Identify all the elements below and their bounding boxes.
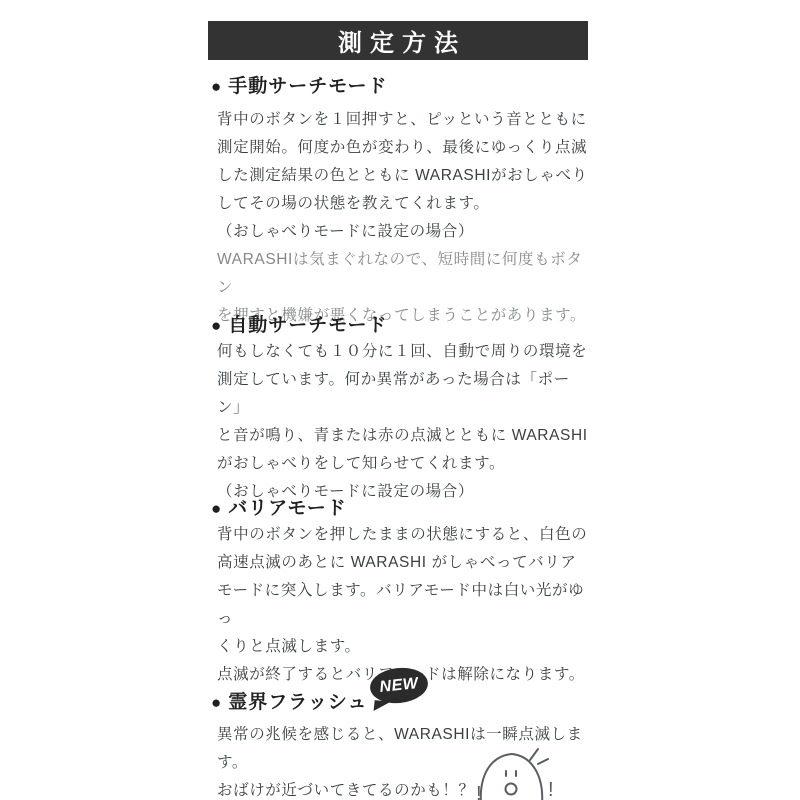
instruction-page: 測定方法 ● 手動サーチモード 背中のボタンを１回押すと、ピッという音とともに …	[0, 0, 800, 800]
ghost-doodle-icon: ! !	[468, 744, 560, 800]
new-badge-label: NEW	[379, 675, 419, 697]
bullet-icon: ●	[211, 313, 222, 339]
section-heading-label: 手動サーチモード	[228, 74, 387, 100]
section-body-barrier-mode: 背中のボタンを押したままの状態にすると、白色の 高速点滅のあとに WARASHI…	[217, 521, 589, 689]
section-heading-barrier-mode: ● バリアモード	[211, 496, 591, 522]
section-heading-label: 自動サーチモード	[228, 313, 387, 339]
section-heading-label: 霊界フラッシュ	[228, 690, 367, 716]
page-title-bar: 測定方法	[208, 21, 588, 60]
page-title: 測定方法	[330, 23, 466, 58]
section-heading-auto-search: ● 自動サーチモード	[211, 313, 591, 339]
bullet-icon: ●	[211, 74, 222, 100]
bullet-icon: ●	[211, 690, 222, 716]
section-heading-manual-search: ● 手動サーチモード	[211, 74, 591, 100]
exclamation-right-icon: !	[548, 779, 554, 800]
section-body-manual-search: 背中のボタンを１回押すと、ピッという音とともに 測定開始。何度か色が変わり、最後…	[217, 106, 589, 246]
exclamation-left-icon: !	[476, 783, 482, 800]
bullet-icon: ●	[211, 496, 222, 522]
speech-bubble-tail-icon	[374, 700, 391, 713]
section-heading-label: バリアモード	[228, 496, 346, 522]
section-body-auto-search: 何もしなくても１０分に１回、自動で周りの環境を 測定しています。何か異常があった…	[217, 338, 589, 506]
